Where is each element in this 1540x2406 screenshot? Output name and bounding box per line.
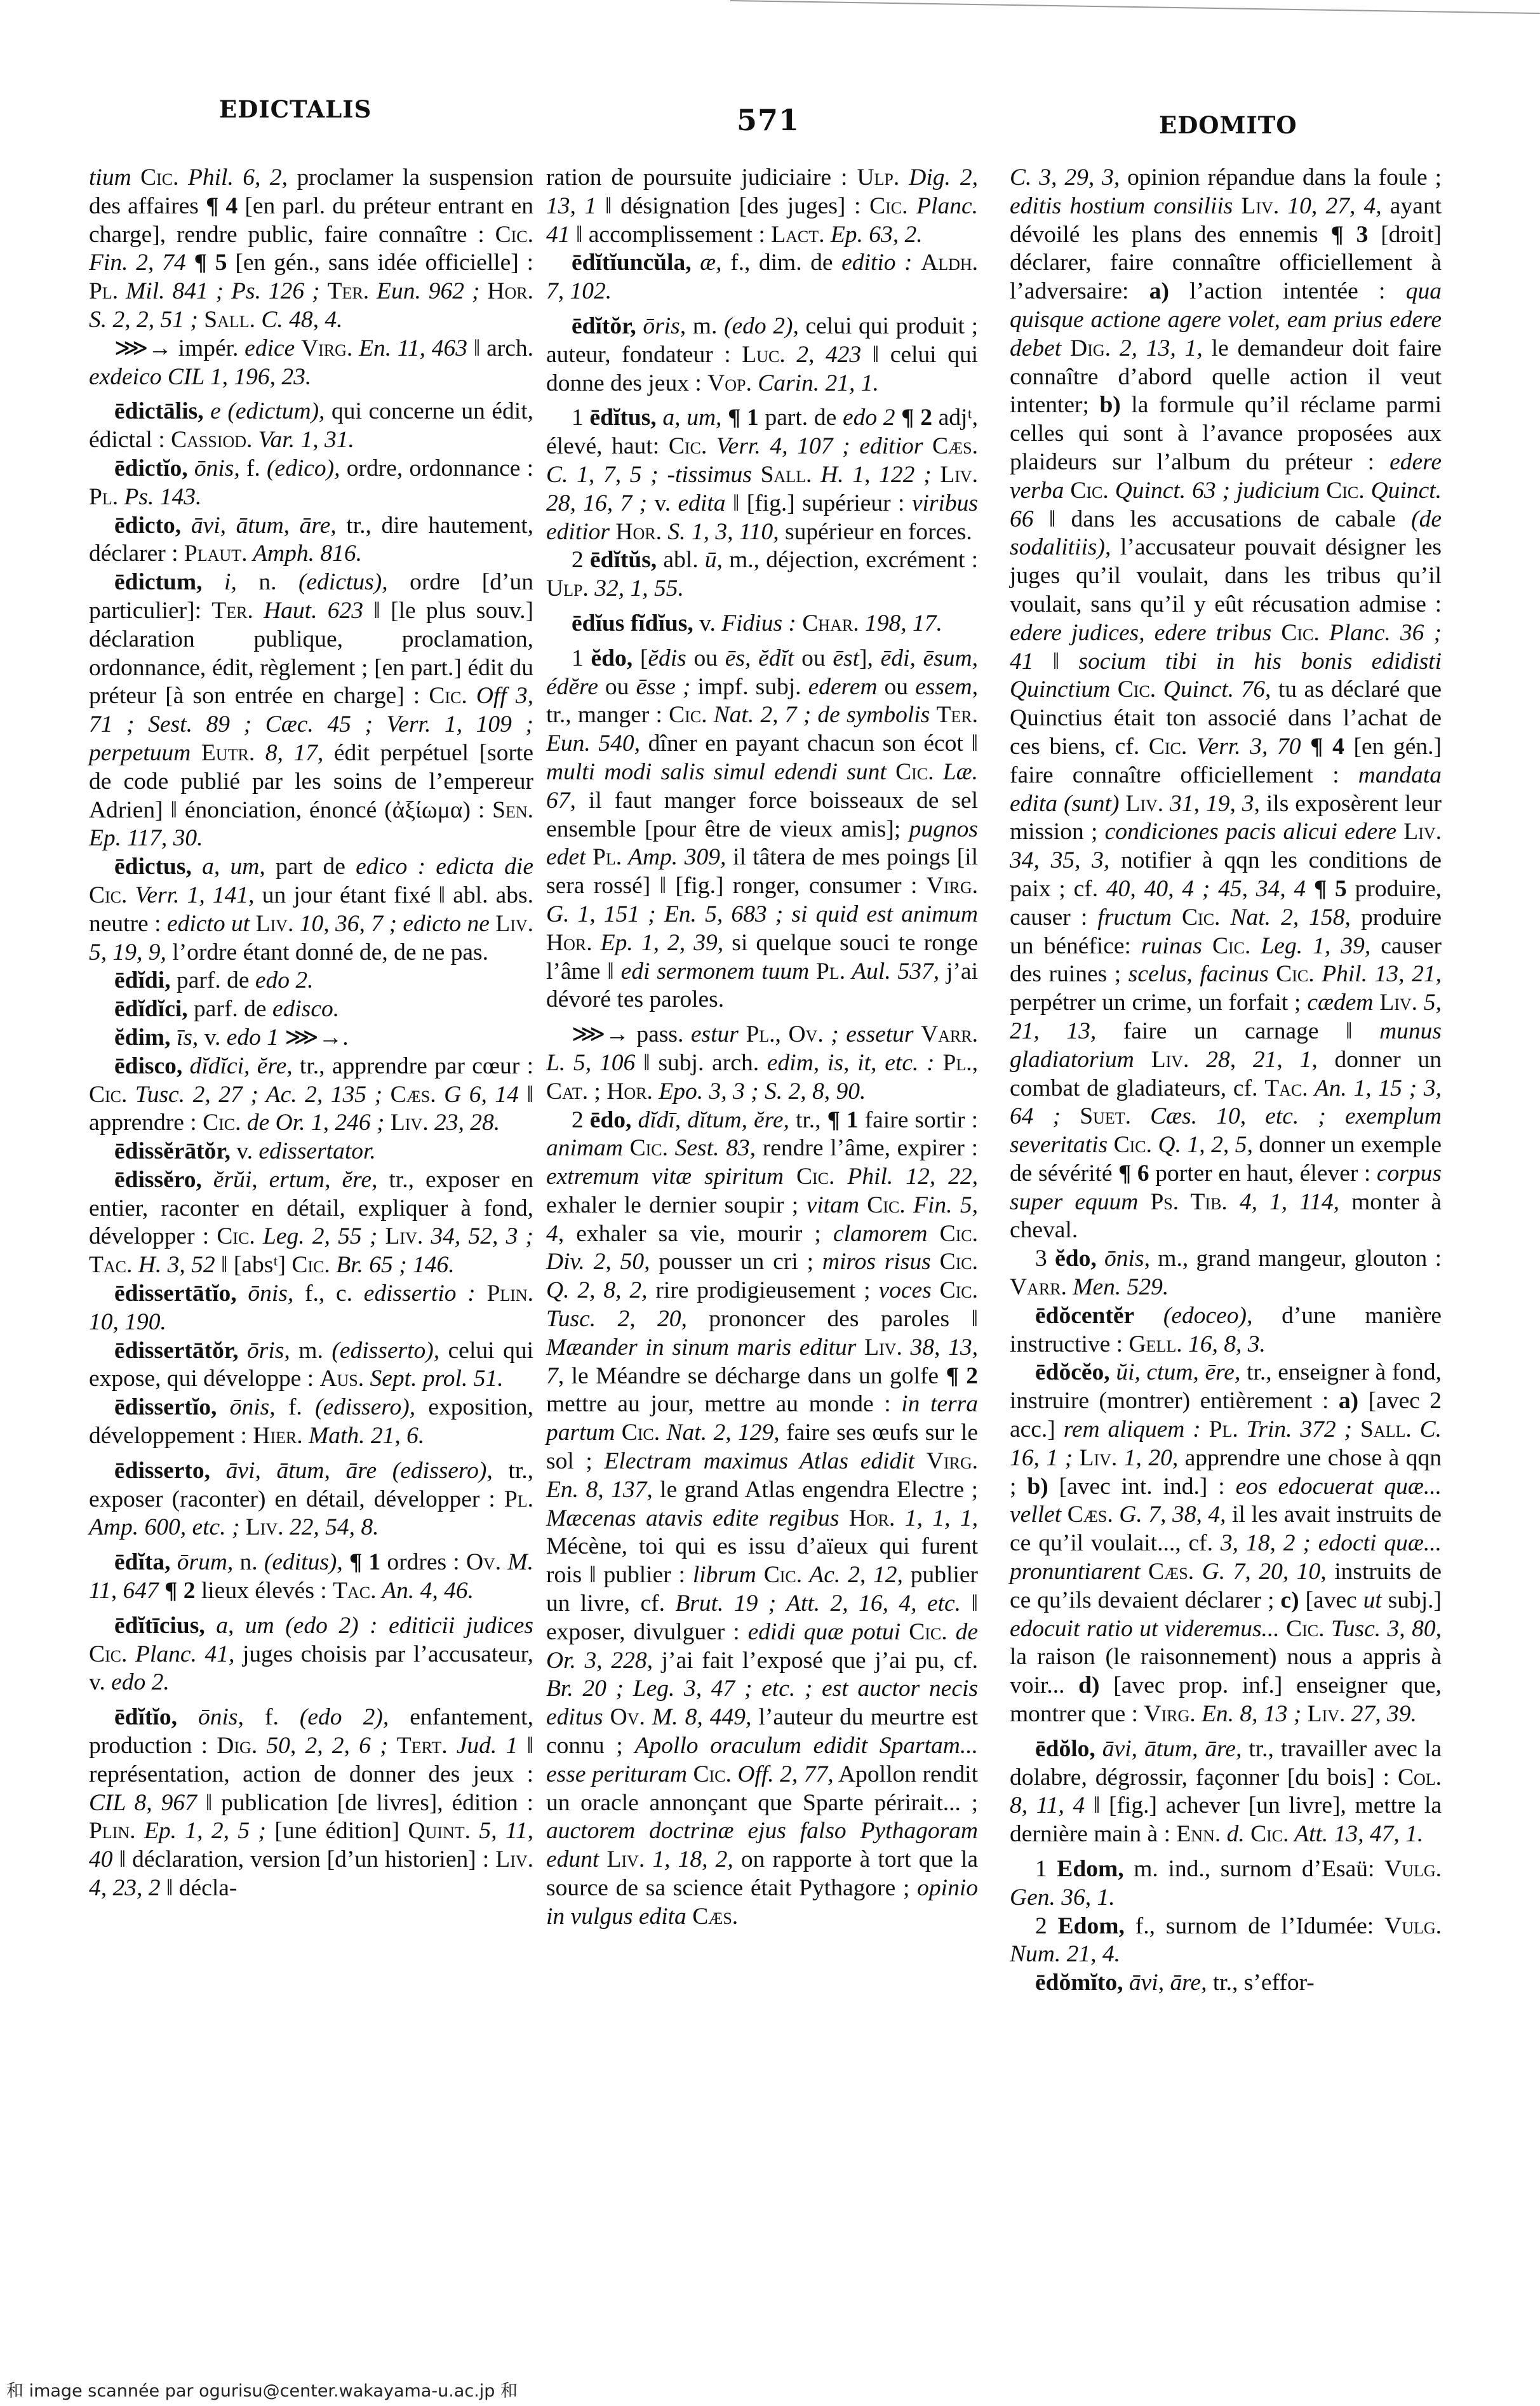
citation-text: H. 1, 122 ;	[812, 462, 931, 488]
citation-text: a, um,	[192, 854, 265, 880]
definition-text	[895, 405, 902, 431]
definition-text	[901, 1619, 909, 1645]
headword: ¶ 2	[901, 405, 932, 431]
citation-text: 28, 21, 1,	[1189, 1047, 1317, 1073]
author-abbrev: Pl., Ov.	[746, 1021, 823, 1047]
citation-text: ĕrŭi, ertum, ĕre,	[202, 1167, 378, 1193]
author-abbrev: Liv.	[246, 1514, 284, 1540]
author-abbrev: Suet.	[1080, 1103, 1131, 1129]
definition-text: part. de	[759, 405, 843, 431]
dictionary-entry: C. 3, 29, 3, opinion répandue dans la fo…	[1010, 164, 1442, 1245]
citation-text: Brut. 19 ; Att. 2, 16, 4, etc.	[675, 1590, 961, 1616]
citation-text: edidi quæ potui	[748, 1619, 901, 1645]
definition-text: 3	[1035, 1246, 1055, 1272]
definition-text: [une édition]	[266, 1818, 408, 1844]
definition-text	[1141, 1559, 1149, 1585]
citation-text: Tusc. 2, 20,	[546, 1306, 687, 1332]
citation-text: Amp. 600, etc. ;	[89, 1514, 239, 1540]
citation-text: Q. 2, 8, 2,	[546, 1277, 648, 1303]
author-abbrev: Cæs.	[692, 1904, 738, 1930]
dictionary-entry: ēdŏmĭto, āvi, āre, tr., s’effor-	[1010, 1969, 1442, 1998]
definition-text: l’action intentée :	[1169, 278, 1406, 304]
citation-text: tium	[89, 165, 131, 191]
definition-text	[186, 250, 194, 276]
definition-text: tr., s’effor-	[1207, 1970, 1314, 1996]
author-abbrev: Enn.	[1176, 1821, 1221, 1847]
definition-text	[1396, 819, 1403, 845]
definition-text: lieux élevés :	[195, 1578, 333, 1604]
dictionary-entry: ēdictālis, e (edictum), qui concerne un …	[89, 398, 533, 455]
dictionary-entry: ēdŏlo, āvi, ātum, āre, tr., travailler a…	[1010, 1735, 1442, 1849]
citation-text: En. 8, 137,	[546, 1477, 653, 1503]
headword: d)	[1078, 1672, 1099, 1698]
citation-text: ; essetur	[824, 1021, 914, 1047]
dictionary-entry: ēdĭtŏr, ōris, m. (edo 2), celui qui prod…	[546, 313, 978, 398]
citation-text: Carin. 21, 1.	[752, 370, 879, 396]
definition-text	[856, 1334, 864, 1361]
citation-text: ū,	[705, 547, 723, 573]
definition-text: f., surnom de l’Idumée:	[1125, 1913, 1384, 1939]
citation-text: G 6, 14	[436, 1082, 519, 1108]
author-abbrev: Cic.	[1212, 933, 1250, 959]
citation-text: H. 3, 52	[132, 1252, 215, 1278]
definition-text: ‖ accomplissement :	[570, 222, 772, 248]
author-abbrev: Liv.	[940, 462, 978, 488]
citation-text: G. 7, 38, 4,	[1113, 1502, 1226, 1528]
author-abbrev: Cic.	[764, 1562, 802, 1588]
citation-text: 10, 190.	[89, 1309, 166, 1335]
definition-text: ‖ décla-	[161, 1875, 238, 1901]
definition-text: rendre l’âme, expirer :	[756, 1135, 978, 1161]
definition-text	[932, 1277, 940, 1303]
citation-text: G. 1, 151 ; En. 5, 683 ; si quid est ani…	[546, 901, 978, 927]
headword: b)	[1099, 392, 1120, 418]
definition-text	[1269, 961, 1276, 987]
headword: ēdissertĭo,	[114, 1394, 217, 1420]
citation-text: Leg. 1, 39,	[1250, 933, 1370, 959]
definition-text	[476, 1280, 487, 1307]
citation-text: animam	[546, 1135, 623, 1161]
author-abbrev: Cic.	[89, 1082, 127, 1108]
definition-text: ‖ désignation [des juges] :	[596, 193, 869, 219]
definition-text: f., dim. de	[722, 250, 842, 276]
citation-text: Ep. 63, 2.	[825, 222, 923, 248]
citation-text: Math. 21, 6.	[303, 1423, 425, 1449]
definition-text: ou	[878, 674, 916, 700]
headword: ēdŏcĕo,	[1035, 1359, 1110, 1385]
definition-text	[198, 307, 204, 333]
citation-text: edim, is, it, etc. :	[767, 1050, 935, 1076]
citation-text: 34, 52, 3 ;	[423, 1223, 533, 1249]
definition-text	[1064, 478, 1070, 504]
headword: ēdo,	[590, 1107, 632, 1133]
headword: ¶ 2	[946, 1363, 979, 1389]
definition-text: tr., apprendre par cœur :	[293, 1053, 533, 1079]
citation-text: editio :	[841, 250, 912, 276]
definition-text	[887, 759, 895, 785]
definition-text: 2	[572, 547, 590, 573]
author-abbrev: Liv.	[864, 1334, 902, 1361]
author-abbrev: Virg.	[927, 1448, 978, 1474]
citation-text: An. 4, 46.	[377, 1578, 474, 1604]
dictionary-entry: 1 ĕdo, [ĕdis ou ēs, ĕdĭt ou ēst], ēdi, ē…	[546, 645, 978, 1014]
definition-text	[1201, 1416, 1209, 1442]
citation-text: ōnis,	[177, 1704, 244, 1730]
citation-text: clamorem	[833, 1221, 928, 1247]
citation-text: M. 8, 449,	[645, 1704, 752, 1730]
definition-text: ⋙→ impér.	[114, 335, 244, 361]
headword: ĕdo,	[1055, 1246, 1097, 1272]
citation-text: 10, 27, 4,	[1279, 193, 1381, 219]
dictionary-entry: ēdĭus fĭdĭus, v. Fidius : Char. 198, 17.	[546, 610, 978, 638]
citation-text: æ,	[692, 250, 722, 276]
author-abbrev: Vulg.	[1384, 1856, 1442, 1882]
definition-text: rire prodigieusement ;	[648, 1277, 879, 1303]
citation-text: Sest. 83,	[668, 1135, 756, 1161]
definition-text	[343, 1549, 349, 1575]
definition-text: le grand Atlas engendra Electre ;	[653, 1477, 978, 1503]
dictionary-entry: 1 ēdĭtus, a, um, ¶ 1 part. de edo 2 ¶ 2 …	[546, 404, 978, 546]
definition-text: m., déjection, excrément :	[723, 547, 978, 573]
citation-text: āvi, āre,	[1123, 1970, 1207, 1996]
citation-text: 7, 102.	[546, 278, 612, 304]
definition-text	[385, 1110, 391, 1136]
definition-text: [avec int. ind.] :	[1048, 1474, 1236, 1500]
definition-text: ou	[598, 674, 636, 700]
citation-text: Fidius :	[721, 610, 796, 636]
dictionary-entry: ēdissertātĭo, ōnis, f., c. edissertio : …	[89, 1280, 533, 1337]
headword: Edom,	[1057, 1856, 1123, 1882]
definition-text	[928, 1221, 940, 1247]
citation-text: En. 11, 463	[352, 335, 467, 361]
definition-text	[1320, 478, 1326, 504]
definition-text	[914, 1448, 927, 1474]
definition-text	[1352, 1416, 1360, 1442]
citation-text: Eun. 962 ;	[369, 278, 479, 304]
citation-text: 4, 23, 2	[89, 1875, 161, 1901]
dictionary-column-2: ration de poursuite judiciaire : Ulp. Di…	[546, 164, 978, 1932]
definition-text	[615, 1420, 621, 1446]
definition-text	[784, 1164, 796, 1190]
citation-text: ēsse ;	[636, 674, 690, 700]
definition-text	[610, 519, 615, 545]
definition-text	[320, 278, 328, 304]
dictionary-entry: ēdĭdĭci, parf. de edisco.	[89, 995, 533, 1024]
citation-text: En. 8, 13 ;	[1196, 1701, 1302, 1727]
author-abbrev: Cic.	[1250, 1821, 1289, 1847]
citation-text: C. 48, 4.	[255, 307, 343, 333]
citation-text: (edictus),	[298, 569, 388, 595]
author-abbrev: Vop.	[707, 370, 752, 396]
definition-text: m., grand mangeur, glouton :	[1150, 1246, 1442, 1272]
citation-text: i,	[203, 569, 237, 595]
definition-text	[623, 1135, 630, 1161]
author-abbrev: Luc.	[742, 342, 785, 368]
headword: ēdĭtĭo,	[114, 1704, 177, 1730]
author-abbrev: Cic.	[669, 702, 707, 728]
definition-text: v.	[198, 1025, 226, 1051]
definition-text: ‖	[1034, 649, 1079, 675]
citation-text: C. 1, 7, 5 ; -tissimus	[546, 462, 752, 488]
definition-text: ‖ déclaration, version [d’un historien] …	[113, 1846, 496, 1872]
headword: ĕdim,	[114, 1025, 171, 1051]
definition-text	[721, 405, 728, 431]
author-abbrev: Col.	[1398, 1764, 1442, 1791]
citation-text: Off. 2, 77,	[732, 1761, 834, 1787]
dictionary-entry: ēdisserto, āvi, ātum, āre (edissero), tr…	[89, 1457, 533, 1542]
citation-text: miros risus	[822, 1249, 931, 1275]
definition-text	[603, 1704, 610, 1730]
citation-text: dĭdī, dĭtum, ĕre,	[631, 1107, 789, 1133]
headword: ¶ 2	[164, 1578, 195, 1604]
citation-text: Br. 65 ; 146.	[330, 1252, 455, 1278]
citation-text: d.	[1221, 1821, 1245, 1847]
definition-text: 1	[572, 645, 591, 671]
author-abbrev: Liv.	[606, 1846, 645, 1872]
dictionary-entry: 2 ēdĭtŭs, abl. ū, m., déjection, excréme…	[546, 546, 978, 603]
citation-text: Planc. 41,	[127, 1641, 234, 1667]
headword: ¶ 1	[728, 405, 759, 431]
definition-text: ‖ arch.	[467, 335, 533, 361]
author-abbrev: Pl.	[816, 958, 845, 985]
author-abbrev: Liv.	[1308, 1701, 1346, 1727]
citation-text: ŭi, ctum, ēre,	[1110, 1359, 1241, 1385]
citation-text: estur	[691, 1021, 739, 1047]
dictionary-column-1: tium Cic. Phil. 6, 2, proclamer la suspe…	[89, 164, 533, 1903]
definition-text: ou	[794, 645, 833, 671]
definition-text	[1134, 1047, 1151, 1073]
scan-watermark: 和 image scannée par ogurisu@center.wakay…	[6, 2377, 518, 2402]
definition-text: 2	[572, 1107, 590, 1133]
citation-text: (edo 2),	[724, 313, 799, 339]
dictionary-entry: ration de poursuite judiciaire : Ulp. Di…	[546, 164, 978, 249]
author-abbrev: Hier.	[253, 1423, 302, 1449]
definition-text: abl.	[657, 547, 705, 573]
citation-text: rem aliquem :	[1064, 1416, 1201, 1442]
citation-text: edice	[244, 335, 295, 361]
citation-text: voces	[878, 1277, 931, 1303]
citation-text: Phil. 6, 2,	[179, 165, 288, 191]
author-abbrev: Cic.	[429, 683, 467, 709]
author-abbrev: Cic.	[940, 1249, 978, 1275]
dictionary-entry: 2 Edom, f., surnom de l’Idumée: Vulg. Nu…	[1010, 1912, 1442, 1970]
citation-text: Haut. 623	[253, 598, 363, 624]
dictionary-entry: 1 Edom, m. ind., surnom d’Esaü: Vulg. Ge…	[1010, 1855, 1442, 1912]
author-abbrev: Cic.	[89, 1641, 127, 1667]
author-abbrev: Cic.	[895, 759, 934, 785]
definition-text: ration de poursuite judiciaire :	[546, 165, 857, 191]
author-abbrev: Cic.	[1182, 904, 1220, 931]
citation-text: Att. 13, 47, 1.	[1289, 1821, 1423, 1847]
citation-text: Verr. 4, 107 ; editior	[707, 433, 923, 459]
citation-text: edi sermonem tuum	[621, 958, 810, 985]
author-abbrev: Cic.	[1281, 620, 1319, 646]
dictionary-entry: ēdissertĭo, ōnis, f. (edissero), exposit…	[89, 1394, 533, 1451]
definition-text	[923, 433, 932, 459]
citation-text: (edico),	[267, 455, 340, 481]
dictionary-column-3: C. 3, 29, 3, opinion répandue dans la fo…	[1010, 164, 1442, 1998]
author-abbrev: Cic.	[140, 165, 178, 191]
definition-text	[159, 1578, 164, 1604]
author-abbrev: Sall.	[761, 462, 812, 488]
author-abbrev: Liv.	[1403, 819, 1442, 845]
citation-text: 8, 11, 4	[1010, 1792, 1085, 1818]
author-abbrev: Cic.	[1070, 478, 1108, 504]
citation-text: e (edictum),	[204, 398, 325, 424]
definition-text: ‖ [fig.] supérieur :	[726, 490, 912, 516]
definition-text	[250, 911, 255, 937]
definition-text: prononcer des paroles ‖	[687, 1306, 978, 1332]
definition-text: impf. subj.	[690, 674, 808, 700]
citation-text: S. 2, 2, 51 ;	[89, 307, 198, 333]
citation-text: 1, 1, 1,	[895, 1505, 978, 1531]
citation-text: extremum vitæ spiritum	[546, 1164, 784, 1190]
citation-text: condiciones pacis alicui edere	[1105, 819, 1396, 845]
citation-text: edocuit ratio ut videremus...	[1010, 1616, 1280, 1642]
headword: ēdĭdĭci,	[114, 996, 188, 1022]
author-abbrev: Ulp.	[857, 165, 899, 191]
author-abbrev: Quint.	[408, 1818, 471, 1844]
citation-text: 5, 19, 9,	[89, 939, 166, 965]
citation-text: Eun. 540,	[546, 730, 640, 756]
citation-text: Mæcenas atavis edite regibus	[546, 1505, 839, 1531]
definition-text	[1306, 876, 1314, 902]
citation-text: Num. 21, 4.	[1010, 1941, 1120, 1967]
author-abbrev: Liv.	[1151, 1047, 1189, 1073]
author-abbrev: Liv.	[256, 911, 294, 937]
dictionary-entry: 2 ēdo, dĭdī, dĭtum, ĕre, tr., ¶ 1 faire …	[546, 1106, 978, 1932]
definition-text: le Méandre se décharge dans un golfe	[564, 1363, 946, 1389]
definition-text	[1061, 335, 1070, 361]
citation-text: 34, 35, 3,	[1010, 847, 1109, 873]
definition-text: ordres :	[380, 1549, 466, 1575]
citation-text: Ac. 2, 12,	[802, 1562, 903, 1588]
definition-text: ‖ dans les accusations de cabale	[1034, 506, 1412, 532]
definition-text	[1373, 990, 1379, 1016]
citation-text: 4, 1, 114,	[1228, 1189, 1339, 1215]
author-abbrev: Tac.	[89, 1252, 132, 1278]
definition-text	[1202, 933, 1212, 959]
author-abbrev: Varr.	[1010, 1274, 1067, 1300]
author-abbrev: Pl.	[89, 278, 118, 304]
headword: ēdĭtŭs,	[590, 547, 657, 573]
citation-text: Men. 529.	[1067, 1274, 1168, 1300]
definition-text	[859, 1192, 867, 1218]
citation-text: Mil. 841 ; Ps. 126 ;	[118, 278, 320, 304]
definition-text	[1073, 1445, 1079, 1471]
author-abbrev: Plin.	[486, 1280, 533, 1307]
headword: ēdĭtŏr,	[572, 313, 636, 339]
headword: ēdĭtus,	[589, 405, 656, 431]
headword: ēdictus,	[114, 854, 192, 880]
citation-text: ōnis,	[217, 1394, 275, 1420]
definition-text	[914, 1021, 921, 1047]
definition-text	[239, 1514, 245, 1540]
dictionary-entry: ēdicto, āvi, ātum, āre, tr., dire hautem…	[89, 512, 533, 569]
dictionary-entry: 3 ĕdo, ōnis, m., grand mangeur, glouton …	[1010, 1245, 1442, 1302]
author-abbrev: Cic.	[669, 433, 707, 459]
dictionary-entry: ēdŏcĕo, ŭi, ctum, ēre, tr., enseigner à …	[1010, 1359, 1442, 1728]
author-abbrev: Char.	[802, 610, 859, 636]
dictionary-entry: tium Cic. Phil. 6, 2, proclamer la suspe…	[89, 164, 533, 335]
definition-text	[931, 1249, 940, 1275]
author-abbrev: Lact.	[771, 222, 824, 248]
definition-text: [avec	[1299, 1587, 1363, 1613]
definition-text	[756, 1562, 764, 1588]
definition-text	[1061, 1103, 1080, 1129]
citation-text: 1, 20,	[1117, 1445, 1178, 1471]
definition-text: faire un carnage ‖	[1096, 1018, 1379, 1044]
citation-text: ōnis,	[237, 1280, 294, 1307]
headword: ēdŏlo,	[1035, 1736, 1095, 1762]
citation-text: 22, 54, 8.	[284, 1514, 379, 1540]
author-abbrev: Liv.	[391, 1110, 429, 1136]
definition-text: exhaler le dernier soupir ;	[546, 1192, 807, 1218]
author-abbrev: Cic.	[217, 1223, 255, 1249]
author-abbrev: Plin.	[89, 1818, 136, 1844]
citation-text: 16, 8, 3.	[1182, 1331, 1266, 1357]
headword: ¶ 6	[1118, 1160, 1149, 1186]
author-abbrev: Cic.	[1326, 478, 1364, 504]
citation-text: ōris,	[238, 1338, 290, 1364]
definition-text	[935, 1050, 943, 1076]
citation-text: Fin. 2, 74	[89, 250, 186, 276]
definition-text	[1280, 1616, 1286, 1642]
citation-text: ēs, ĕdĭt	[725, 645, 794, 671]
author-abbrev: Ov.	[610, 1704, 645, 1730]
definition-text	[388, 1733, 397, 1759]
author-abbrev: Cic.	[867, 1192, 905, 1218]
citation-text: S. 1, 3, 110,	[662, 519, 779, 545]
definition-text	[1245, 1821, 1250, 1847]
citation-text: Amph. 816.	[247, 541, 362, 567]
definition-text	[479, 278, 487, 304]
definition-text: [	[633, 645, 648, 671]
author-abbrev: Dig.	[1070, 335, 1111, 361]
citation-text: Nat. 2, 158,	[1220, 904, 1350, 931]
citation-text: āvi, ātum, āre,	[1095, 1736, 1242, 1762]
citation-text: 31, 19, 3,	[1163, 791, 1260, 817]
citation-text: Div. 2, 50,	[546, 1249, 650, 1275]
definition-text: supérieur en forces.	[779, 519, 972, 545]
dictionary-entry: ⋙→ impér. edice Virg. En. 11, 463 ‖ arch…	[89, 335, 533, 392]
author-abbrev: Gell.	[1128, 1331, 1182, 1357]
headword: ēdissertātŏr,	[114, 1338, 238, 1364]
citation-text: edere judices, edere tribus	[1010, 620, 1271, 646]
author-abbrev: Hor.	[487, 278, 533, 304]
headword: ¶ 4	[1310, 734, 1344, 760]
author-abbrev: Ter.	[937, 702, 979, 728]
author-abbrev: Cic.	[630, 1135, 668, 1161]
definition-text: j’ai fait l’exposé que j’ai pu, cf.	[653, 1648, 978, 1674]
definition-text: porter en haut, élever :	[1149, 1160, 1377, 1186]
author-abbrev: Cic.	[796, 1164, 834, 1190]
author-abbrev: Ps. Tib.	[1150, 1189, 1227, 1215]
author-abbrev: Sall.	[204, 307, 255, 333]
citation-text: ruinas	[1141, 933, 1202, 959]
author-abbrev: Cassiod.	[171, 427, 252, 453]
citation-text: editis hostium consiliis	[1010, 193, 1233, 219]
definition-text	[1172, 904, 1182, 931]
definition-text: mettre au jour, mettre au monde :	[546, 1391, 901, 1417]
definition-text	[913, 250, 921, 276]
definition-text	[377, 1223, 385, 1249]
citation-text: edita	[678, 490, 726, 516]
author-abbrev: Cic.	[940, 1277, 978, 1303]
citation-text: L. 5, 106	[546, 1050, 635, 1076]
author-abbrev: Hor.	[546, 930, 593, 956]
citation-text: 2, 13, 1,	[1111, 335, 1203, 361]
